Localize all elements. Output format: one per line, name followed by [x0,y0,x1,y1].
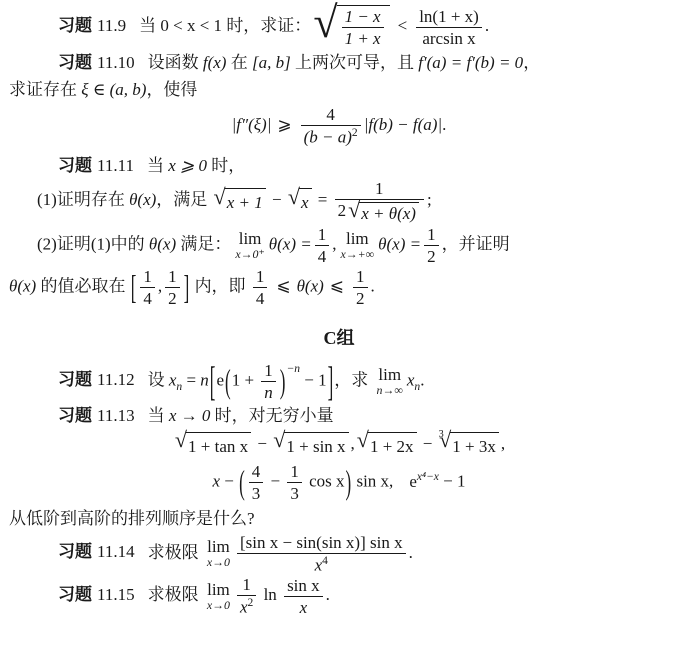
fraction-numerator: 1 [165,267,180,288]
text-run: (1)证明存在 [37,190,129,209]
math-run: 1 + [232,370,259,389]
fraction-denominator: 3 [287,483,302,503]
text-run: 内，即 [190,276,250,295]
fraction-denominator: 3 [249,483,264,503]
limit-subscript: n→∞ [377,384,403,397]
root-index: 3 [439,427,444,442]
square-root: √1 + 2x [357,432,417,460]
text-run: 时，求证： [222,16,311,35]
lim-word: lim [207,538,230,556]
square-root: √1 − x1 + x [313,5,389,49]
fraction-numerator: 1 [353,267,368,288]
fraction-denominator: 4 [315,246,330,266]
text-run: 设函数 [148,53,203,72]
fraction-numerator: 4 [249,462,264,483]
exponent: 4 [322,554,328,567]
text-run: 求极限 [148,542,203,561]
exercise-number: 11.15 [97,585,135,604]
comma: , [332,234,336,253]
text-run: ，满足 [156,190,211,209]
radical-icon: √ [288,186,300,208]
square-root: √x + θ(x) [348,202,419,224]
right-paren: ) [346,466,352,500]
fraction-denominator: 2 [424,246,439,266]
right-bracket: ] [328,360,334,402]
fraction: [sin x − sin(sin x)] sin xx4 [237,533,406,575]
math-run: θ(x) [129,190,156,209]
fraction-denominator: n [261,382,276,402]
math-run: − 1 [439,472,466,491]
exercise-label: 习题 [58,585,92,604]
fraction-denominator: 2√x + θ(x) [335,200,424,223]
math-run: x → 0 [169,406,211,425]
fraction: 14 [315,225,330,266]
equals-sign: = [314,190,332,209]
fraction: 1 − x1 + x [342,7,384,48]
text-run: ，求 [334,370,372,389]
exercise-number: 11.12 [97,370,135,389]
minus-sign: − [268,190,286,209]
limit-operator: limx→0⁺ [235,230,264,260]
problem-11-11-intro: 习题11.11当 x ⩾ 0 时， [9,153,669,179]
fraction-numerator: 1 [287,462,302,483]
period: . [485,16,489,35]
fraction-denominator: x4 [237,554,406,575]
math-run: θ(x) [297,276,324,295]
fraction-numerator: [sin x − sin(sin x)] sin x [237,533,406,554]
text-run: 满足： [176,234,231,253]
fraction-denominator: 2 [353,288,368,308]
math-run: f′(a) = f′(b) = 0 [418,53,523,72]
text-run: 设 [148,370,169,389]
radicand: x [299,188,312,216]
fraction: 1x2 [237,575,256,617]
coefficient: n [200,370,209,389]
leq-sign: ⩽ [330,276,344,295]
formula-11-13-line1: √1 + tan x − √1 + sin x,√1 + 2x − 3√1 + … [9,431,669,459]
formula-11-13-line2: x − (43 − 13 cos x) sin x,ex⁴−x − 1 [9,462,669,503]
text-run: 时，对无穷小量 [210,406,333,425]
lim-word: lim [346,230,369,248]
text-run: 当 [147,156,168,175]
radicand: 1 + tan x [186,432,251,460]
limit-subscript: x→0 [207,599,230,612]
text-run: ，使得 [146,80,197,99]
period: . [420,370,424,389]
limit-operator: limx→0 [207,581,230,611]
math-run: sin x, [352,472,393,491]
ln-function: ln [259,585,281,604]
comma: , [501,434,505,453]
minus-sign: − [253,434,271,453]
square-root: √x + 1 [214,188,266,216]
fraction: 43 [249,462,264,503]
variable: x [240,598,248,617]
fraction-numerator: sin x [284,576,323,597]
limit-subscript: x→0 [207,556,230,569]
fraction-numerator: 1 [253,267,268,288]
textbook-page: 习题11.9当 0 < x < 1 时，求证：√1 − x1 + x<ln(1 … [0,0,677,617]
left-bracket: [ [131,270,137,304]
problem-11-11-part1: (1)证明存在 θ(x)，满足 √x + 1 − √x = 12√x + θ(x… [9,179,669,223]
formula-11-10: |f″(ξ)|⩾4(b − a)2|f(b) − f(a)|. [9,105,669,147]
semicolon: ; [427,190,432,209]
problem-11-15: 习题11.15求极限 limx→01x2 ln sin xx. [9,575,669,617]
problem-11-12: 习题11.12设 xn = n[e(1 + 1n)−n − 1]，求 limn→… [9,361,669,402]
math-run: f(x) [203,53,227,72]
limit-subscript: x→0⁺ [235,248,264,261]
math-run: θ(x) = [378,234,421,253]
problem-11-13-question: 从低阶到高阶的排列顺序是什么? [9,506,669,532]
left-paren: ( [225,364,231,398]
math-run: cos x [305,472,345,491]
math-run: |f(b) − f(a)| [364,115,442,134]
exercise-label: 习题 [58,406,92,425]
math-run: 0 < x < 1 [160,16,222,35]
exponent: 2 [248,596,254,609]
text-run: ，并证明 [442,234,510,253]
radicand: 1 + 2x [368,432,417,460]
problem-11-11-part3: θ(x) 的值必取在 [14,12] 内，即 14⩽θ(x)⩽12. [9,267,669,308]
period: . [442,115,446,134]
exponent: −n [286,362,300,375]
fraction-denominator: 1 + x [342,28,384,48]
fraction: 12 [165,267,180,308]
comma: , [158,276,162,295]
text-run: 当 [148,406,169,425]
radicand: 1 + sin x [284,432,348,460]
exercise-label: 习题 [58,156,92,175]
fraction: 14 [253,267,268,308]
math-run: [a, b] [252,53,291,72]
left-bracket: [ [210,360,216,402]
math-run: θ(x) [149,234,176,253]
problem-11-14: 习题11.14求极限 limx→0[sin x − sin(sin x)] si… [9,533,669,575]
exercise-number: 11.10 [97,53,135,72]
text-run: 时， [207,156,245,175]
text-run: (2)证明(1)中的 [37,234,149,253]
fraction-numerator: 1 [424,225,439,246]
radicand: x + 1 [225,188,266,216]
group-c-heading: C组 [9,325,669,352]
problem-11-10-intro: 习题11.10设函数 f(x) 在 [a, b] 上两次可导，且 f′(a) =… [9,50,669,76]
text-run: ， [523,53,540,72]
square-root: √x [288,188,312,216]
radical-icon: √ [214,186,226,208]
text-run: 求证存在 [9,80,81,99]
text-run: 在 [226,53,252,72]
fraction-numerator: 1 [140,267,155,288]
fraction-denominator: x2 [237,596,256,617]
exercise-label: 习题 [58,542,92,561]
radical-icon: √ [348,199,360,221]
text-run: 求极限 [148,585,203,604]
fraction-denominator: x [284,597,323,617]
exponent: 2 [352,126,358,139]
comma: , [351,434,355,453]
fraction: 12√x + θ(x) [335,179,424,223]
fraction: sin xx [284,576,323,617]
fraction: ln(1 + x)arcsin x [416,7,482,48]
radicand: 1 − x1 + x [337,5,390,48]
minus-sign: − [419,434,437,453]
lim-word: lim [239,230,262,248]
period: . [326,585,330,604]
exercise-number: 11.11 [97,156,134,175]
period: . [409,542,413,561]
math-run: − 1 [300,370,327,389]
fraction-numerator: 1 [261,361,276,382]
radicand: x + θ(x) [359,202,419,223]
euler-e: e [216,370,224,389]
geq-sign: ⩾ [277,115,291,134]
euler-e: e [409,472,417,491]
exponent: x⁴−x [417,470,439,483]
fraction-denominator: (b − a)2 [301,126,361,147]
square-root: √1 + tan x [175,432,251,460]
lim-word: lim [207,581,230,599]
leq-sign: ⩽ [276,276,290,295]
fraction-numerator: 1 − x [342,7,384,28]
text-run: 上两次可导，且 [291,53,419,72]
fraction: 12 [424,225,439,266]
fraction: 1n [261,361,276,402]
problem-11-10-condition: 求证存在 ξ ∈ (a, b)，使得 [9,77,669,103]
exercise-number: 11.13 [97,406,135,425]
equals-sign: = [182,370,200,389]
problem-11-13-intro: 习题11.13当 x → 0 时，对无穷小量 [9,403,669,429]
variable: x [212,472,220,491]
left-paren: ( [239,466,245,500]
radical-icon: √ [273,429,285,451]
radical-icon: √ [357,429,369,451]
limit-operator: limn→∞ [377,366,403,396]
limit-operator: limx→+∞ [340,230,374,260]
fraction-numerator: 1 [315,225,330,246]
math-run: x ⩾ 0 [168,156,207,175]
exercise-label: 习题 [58,370,92,389]
fraction: 12 [353,267,368,308]
exercise-number: 11.9 [97,16,126,35]
radical-icon: √ [175,429,187,451]
fraction: 14 [140,267,155,308]
period: . [371,276,375,295]
math-run: θ(x) [9,276,36,295]
minus-sign: − [220,472,238,491]
coefficient: 2 [338,201,347,220]
problem-11-9: 习题11.9当 0 < x < 1 时，求证：√1 − x1 + x<ln(1 … [9,5,669,49]
fraction-numerator: 4 [301,105,361,126]
square-root: √1 + sin x [273,432,348,460]
fraction-numerator: 1 [237,575,256,596]
exercise-number: 11.14 [97,542,135,561]
lim-word: lim [378,366,401,384]
exercise-label: 习题 [58,16,92,35]
fraction-denominator: arcsin x [416,28,482,48]
fraction: 4(b − a)2 [301,105,361,147]
fraction-denominator: 4 [253,288,268,308]
fraction-numerator: ln(1 + x) [416,7,482,28]
problem-11-11-part2: (2)证明(1)中的 θ(x) 满足：limx→0⁺θ(x) =14,limx→… [9,225,669,266]
text-run: 的值必取在 [36,276,130,295]
math-run: (b − a) [304,128,352,147]
fraction: 13 [287,462,302,503]
math-run: |f″(ξ)| [232,115,272,134]
radical-icon: √ [313,1,337,45]
exercise-label: 习题 [58,53,92,72]
radicand: 1 + 3x [450,432,499,460]
cube-root: 3√1 + 3x [439,432,499,460]
fraction-denominator: 2 [165,288,180,308]
math-run: θ(x) = [269,234,312,253]
right-paren: ) [280,364,286,398]
limit-subscript: x→+∞ [340,248,374,261]
math-run: ξ ∈ (a, b) [81,80,146,99]
less-than-sign: < [398,16,408,35]
fraction-denominator: 4 [140,288,155,308]
text-run: 当 [139,16,160,35]
limit-operator: limx→0 [207,538,230,568]
minus-sign: − [266,472,284,491]
right-bracket: ] [184,270,190,304]
group-c-title: C组 [324,328,355,348]
text-run: 从低阶到高阶的排列顺序是什么? [9,509,255,528]
